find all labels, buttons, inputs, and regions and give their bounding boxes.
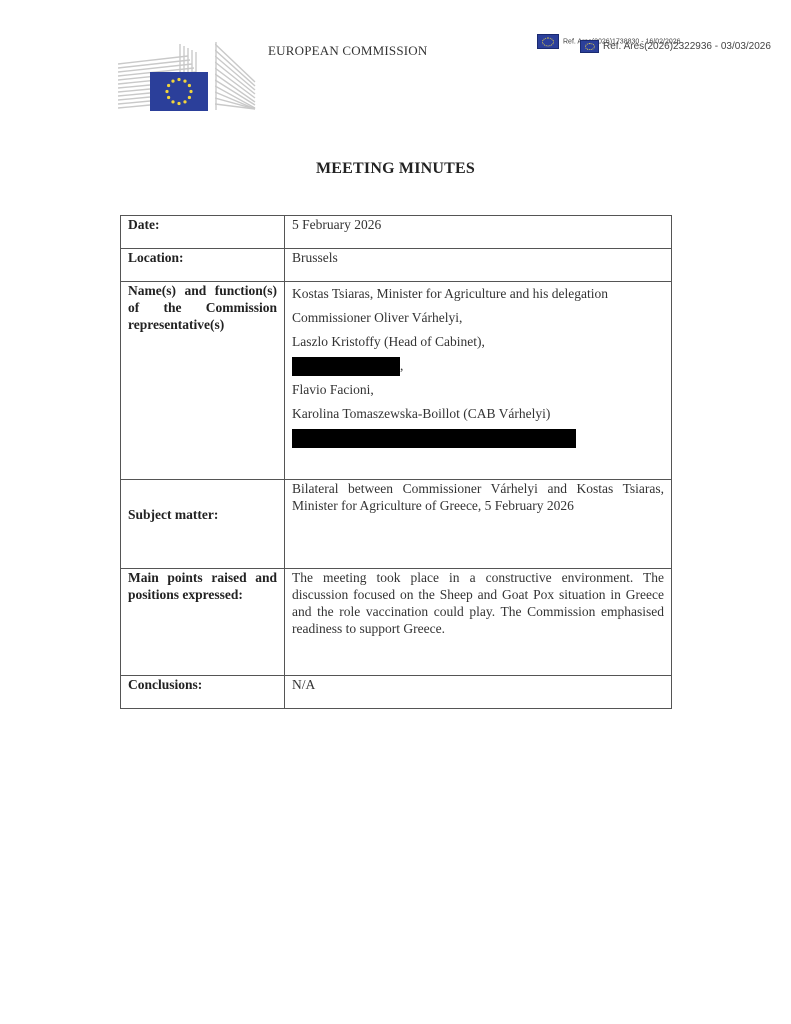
representative-entry: Laszlo Kristoffy (Head of Cabinet),	[292, 330, 664, 354]
redacted-entry: ,	[292, 354, 664, 378]
representatives-label: Name(s) and function(s) of the Commissio…	[121, 282, 285, 480]
location-label: Location:	[121, 249, 285, 282]
location-value: Brussels	[285, 249, 672, 282]
main-points-value: The meeting took place in a constructive…	[285, 569, 672, 676]
reference-stamp-2: Ref. Ares(2026)2322936 - 03/03/2026	[580, 40, 771, 53]
redacted-entry	[292, 426, 664, 450]
table-row-representatives: Name(s) and function(s) of the Commissio…	[121, 282, 672, 480]
eu-flag-icon	[580, 40, 599, 53]
representative-entry: Kostas Tsiaras, Minister for Agriculture…	[292, 282, 664, 306]
representative-entry: Flavio Facioni,	[292, 378, 664, 402]
conclusions-label: Conclusions:	[121, 676, 285, 709]
berlaymont-building-right-icon	[215, 42, 257, 110]
representatives-list: Kostas Tsiaras, Minister for Agriculture…	[285, 282, 672, 480]
representative-entry: Karolina Tomaszewska-Boillot (CAB Várhel…	[292, 402, 664, 426]
table-row-location: Location: Brussels	[121, 249, 672, 282]
date-label: Date:	[121, 216, 285, 249]
document-title: MEETING MINUTES	[0, 160, 791, 178]
table-row-main-points: Main points raised and positions express…	[121, 569, 672, 676]
main-points-label: Main points raised and positions express…	[121, 569, 285, 676]
redaction-block	[292, 357, 400, 376]
redaction-comma: ,	[400, 358, 403, 373]
table-row-date: Date: 5 February 2026	[121, 216, 672, 249]
subject-value: Bilateral between Commissioner Várhelyi …	[285, 480, 672, 569]
representative-entry: Commissioner Oliver Várhelyi,	[292, 306, 664, 330]
conclusions-value: N/A	[285, 676, 672, 709]
redaction-block	[292, 429, 576, 448]
minutes-table: Date: 5 February 2026 Location: Brussels…	[120, 215, 672, 709]
eu-flag-icon	[150, 72, 208, 111]
table-row-conclusions: Conclusions: N/A	[121, 676, 672, 709]
reference-text: Ref. Ares(2026)2322936 - 03/03/2026	[603, 41, 771, 52]
subject-label: Subject matter:	[121, 480, 285, 569]
date-value: 5 February 2026	[285, 216, 672, 249]
european-commission-logo	[118, 42, 258, 112]
table-row-subject: Subject matter: Bilateral between Commis…	[121, 480, 672, 569]
eu-flag-icon	[537, 34, 559, 49]
organization-name: EUROPEAN COMMISSION	[268, 43, 427, 59]
